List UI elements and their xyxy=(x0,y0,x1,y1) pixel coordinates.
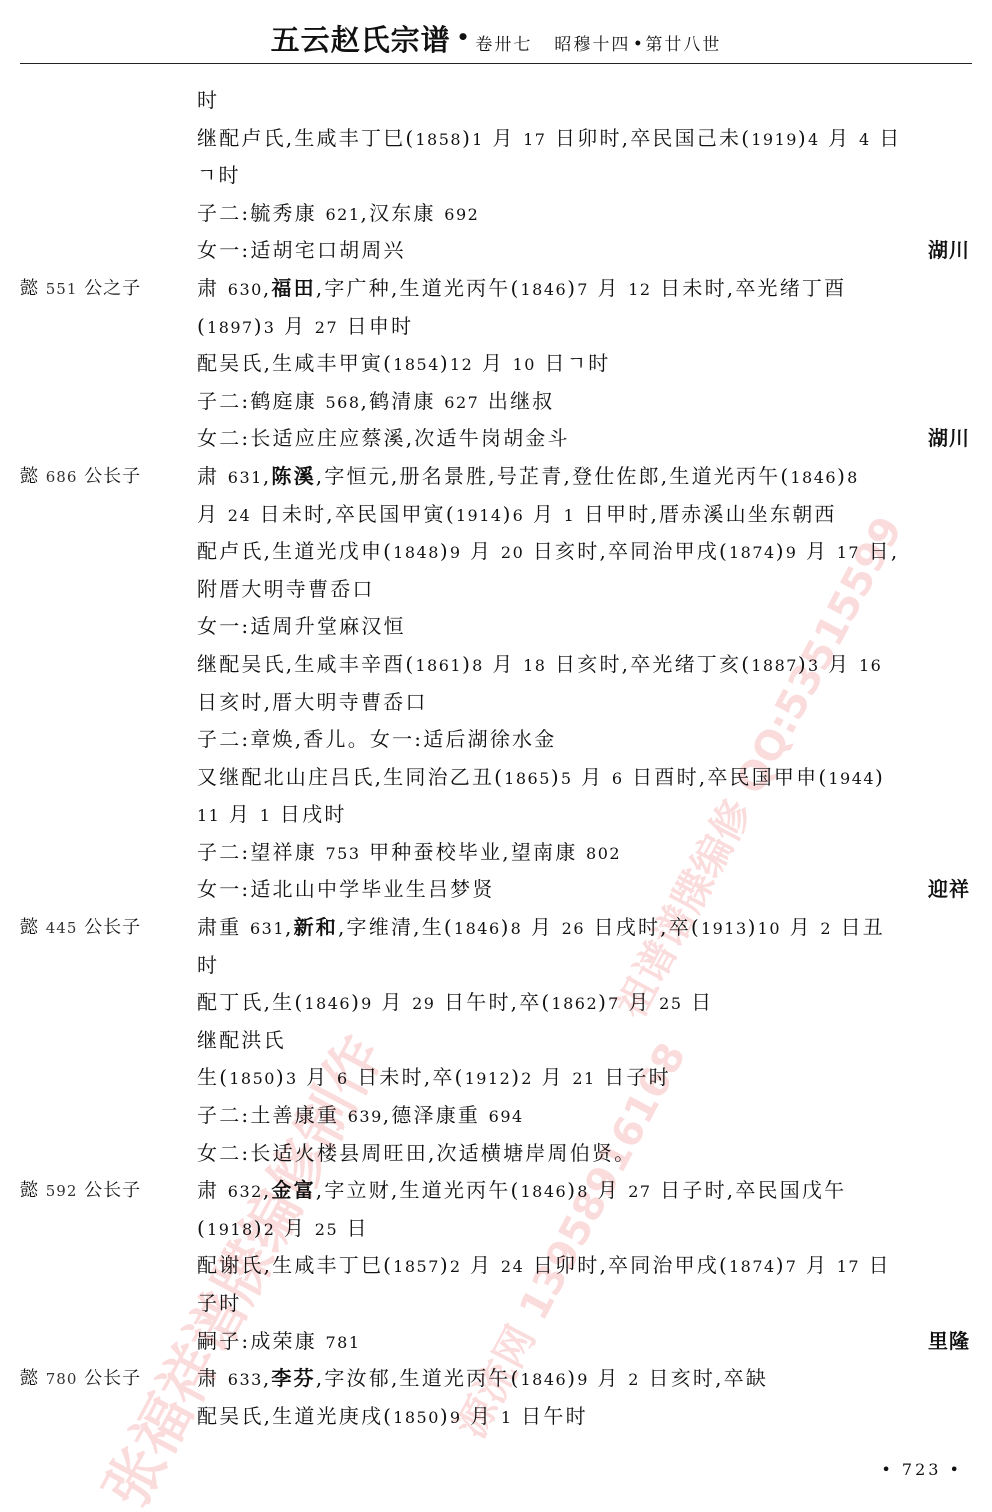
text-segment: 日亥时,卒缺 xyxy=(640,1366,768,1390)
entry-text: 子二:鹤庭康 568,鹤清康 627 出继叔 xyxy=(197,383,554,422)
numeral: 27 xyxy=(628,1182,651,1201)
numeral: 25 xyxy=(659,994,682,1013)
text-segment: 月 xyxy=(573,765,612,789)
volume-label: 卷卅七 xyxy=(475,35,532,55)
record-line: 继配吴氏,生咸丰辛酉(1861)8 月 18 日亥时,卒光绪丁亥(1887)3 … xyxy=(0,646,992,684)
text-segment: ) xyxy=(254,1216,264,1240)
village-label: 迎祥 xyxy=(928,871,970,909)
record-line: 女一:适周升堂麻汉恒 xyxy=(0,608,992,646)
numeral: 1 xyxy=(260,806,272,825)
parent-number: 592 xyxy=(46,1182,78,1200)
numeral: 1862 xyxy=(551,994,598,1013)
text-segment: 日未时,卒民国甲寅( xyxy=(251,502,456,526)
numeral: 630 xyxy=(228,280,263,299)
numeral: 12 xyxy=(628,280,651,299)
text-segment: ,汉东康 xyxy=(361,201,445,225)
text-segment: 月 xyxy=(220,802,259,826)
numeral: 9 xyxy=(450,1408,462,1427)
entry-text: 子二:土善康重 639,德泽康重 694 xyxy=(197,1097,524,1136)
text-segment: ) xyxy=(798,652,808,676)
numeral: 1874 xyxy=(729,543,776,562)
text-segment: 日午时 xyxy=(513,1404,588,1428)
text-segment: 月 xyxy=(797,1253,836,1277)
text-segment: 甲种蚕校毕业,望南康 xyxy=(361,840,586,864)
text-segment: 月 xyxy=(462,1404,501,1428)
entry-text: 肃 632,金富,字立财,生道光丙午(1846)8 月 27 日子时,卒民国戊午 xyxy=(197,1172,846,1211)
text-segment: 日酉时,卒民国甲申( xyxy=(624,765,829,789)
parent-reference: 懿 780 公长子 xyxy=(20,1360,141,1399)
text-segment: 月 xyxy=(522,915,561,939)
entry-text: 女二:长适应庄应蔡溪,次适牛岗胡金斗 xyxy=(197,420,570,458)
record-line: 配卢氏,生道光戊申(1848)9 月 20 日亥时,卒同治甲戌(1874)9 月… xyxy=(0,533,992,571)
text-segment: 日 xyxy=(338,1216,369,1240)
text-segment: ) xyxy=(503,502,513,526)
numeral: 1846 xyxy=(790,468,837,487)
entry-text: 月 24 日未时,卒民国甲寅(1914)6 月 1 日甲时,厝赤溪山坐东朝西 xyxy=(197,496,837,535)
entry-text: 配吴氏,生咸丰甲寅(1854)12 月 10 日ㄱ时 xyxy=(197,345,610,384)
record-line: 子二:章焕,香儿。女一:适后湖徐水金 xyxy=(0,721,992,759)
person-name: 福田 xyxy=(271,276,315,300)
entry-text: 女一:适北山中学毕业生吕梦贤 xyxy=(197,871,495,909)
text-segment: 月 xyxy=(462,539,501,563)
text-segment: 又继配北山庄吕氏,生同治乙丑( xyxy=(197,765,504,789)
numeral: 3 xyxy=(286,1069,298,1088)
text-segment: 日戌时,卒( xyxy=(585,915,701,939)
entry-text: (1897)3 月 27 日申时 xyxy=(197,308,413,347)
entry-text: 生(1850)3 月 6 日未时,卒(1912)2 月 21 日子时 xyxy=(197,1059,671,1098)
numeral: 3 xyxy=(808,656,820,675)
record-line: 11 月 1 日戌时 xyxy=(0,796,992,834)
text-segment: 日子时 xyxy=(596,1065,671,1089)
numeral: 1850 xyxy=(393,1408,440,1427)
entry-text: 肃 631,陈溪,字恒元,册名景胜,号芷青,登仕佐郎,生道光丙午(1846)8 xyxy=(197,458,859,497)
numeral: 9 xyxy=(361,994,373,1013)
text-segment: 肃重 xyxy=(197,915,250,939)
numeral: 9 xyxy=(577,1370,589,1389)
numeral: 621 xyxy=(326,205,361,224)
text-segment: ) xyxy=(276,1065,286,1089)
record-line: 继配卢氏,生咸丰丁巳(1858)1 月 17 日卯时,卒民国己未(1919)4 … xyxy=(0,120,992,158)
text-segment: ) xyxy=(440,539,450,563)
record-line: 配丁氏,生(1846)9 月 29 日午时,卒(1862)7 月 25 日 xyxy=(0,984,992,1022)
numeral: 25 xyxy=(315,1220,338,1239)
entry-text: (1918)2 月 25 日 xyxy=(197,1210,369,1249)
text-segment: ) xyxy=(567,1178,577,1202)
text-segment: 月 xyxy=(484,652,523,676)
numeral: 1846 xyxy=(521,1370,568,1389)
numeral: 29 xyxy=(412,994,435,1013)
text-segment: ) xyxy=(748,915,758,939)
numeral: 20 xyxy=(501,543,524,562)
text-segment: 日卯时,卒民国己未( xyxy=(546,126,751,150)
numeral: 7 xyxy=(608,994,620,1013)
parent-reference: 懿 551 公之子 xyxy=(20,270,141,309)
numeral: 17 xyxy=(837,1257,860,1276)
numeral: 692 xyxy=(444,205,479,224)
text-segment: 配卢氏,生道光戊申( xyxy=(197,539,393,563)
text-segment: 月 xyxy=(781,915,820,939)
text-segment: ) xyxy=(501,915,511,939)
record-line: 配谢氏,生咸丰丁巳(1857)2 月 24 日卯时,卒同治甲戌(1874)7 月… xyxy=(0,1247,992,1285)
numeral: 2 xyxy=(521,1069,533,1088)
numeral: 639 xyxy=(348,1107,383,1126)
entry-text: 11 月 1 日戌时 xyxy=(197,796,347,835)
header-separator-dot: • xyxy=(457,25,470,49)
entry-text: 子二:章焕,香儿。女一:适后湖徐水金 xyxy=(197,721,556,759)
numeral: 17 xyxy=(523,130,546,149)
text-segment: ) xyxy=(511,1065,521,1089)
text-segment: 日未时,卒光绪丁酉 xyxy=(652,276,847,300)
text-segment: 女二:长适应庄应蔡溪,次适牛岗胡金斗 xyxy=(197,426,570,450)
entry-text: 子二:毓秀康 621,汉东康 692 xyxy=(197,195,479,234)
numeral: 11 xyxy=(197,806,220,825)
section-label: 昭穆十四 xyxy=(554,35,630,55)
numeral: 1846 xyxy=(521,280,568,299)
parent-relation: 公之子 xyxy=(84,278,141,299)
numeral: 24 xyxy=(228,506,251,525)
person-name: 陈溪 xyxy=(271,464,315,488)
numeral: 5 xyxy=(561,769,573,788)
person-name: 新和 xyxy=(294,915,338,939)
text-segment: ) xyxy=(440,1404,450,1428)
numeral: 8 xyxy=(472,656,484,675)
text-segment: 日亥时,厝大明寺曹岙口 xyxy=(197,690,428,714)
numeral: 1874 xyxy=(729,1257,776,1276)
text-segment: 子二:望祥康 xyxy=(197,840,326,864)
record-line: 子二:毓秀康 621,汉东康 692 xyxy=(0,195,992,233)
numeral: 6 xyxy=(513,506,525,525)
text-segment: 月 xyxy=(820,126,859,150)
text-segment: 日ㄱ时 xyxy=(536,351,610,375)
numeral: 631 xyxy=(228,468,263,487)
text-segment: ) xyxy=(254,314,264,338)
text-segment: ) xyxy=(567,1366,577,1390)
numeral: 1 xyxy=(472,130,484,149)
text-segment: 月 xyxy=(275,1216,314,1240)
text-segment: ,字广种,生道光丙午( xyxy=(316,276,521,300)
numeral: 753 xyxy=(326,844,361,863)
text-segment: 月 xyxy=(533,1065,572,1089)
numeral: 18 xyxy=(523,656,546,675)
numeral: 781 xyxy=(326,1333,361,1352)
text-segment: 日午时,卒( xyxy=(435,990,551,1014)
entry-text: 日亥时,厝大明寺曹岙口 xyxy=(197,684,428,722)
entry-text: 子时 xyxy=(197,1285,241,1323)
text-segment: 月 xyxy=(620,990,659,1014)
numeral: 10 xyxy=(513,355,536,374)
book-title: 五云赵氏宗谱 xyxy=(271,23,451,57)
text-segment: ( xyxy=(197,1216,207,1240)
entry-text: 嗣子:成荣康 781 xyxy=(197,1323,361,1362)
text-segment: 月 xyxy=(524,502,563,526)
text-segment: 子二:毓秀康 xyxy=(197,201,326,225)
record-line: 配吴氏,生道光庚戌(1850)9 月 1 日午时 xyxy=(0,1398,992,1436)
numeral: 1846 xyxy=(454,919,501,938)
parent-name: 懿 xyxy=(20,917,39,938)
text-segment: ,字立财,生道光丙午( xyxy=(316,1178,521,1202)
text-segment: ) xyxy=(440,351,450,375)
text-segment: 出继叔 xyxy=(479,389,554,413)
text-segment: 日子时,卒民国戊午 xyxy=(652,1178,847,1202)
parent-reference: 懿 445 公长子 xyxy=(20,909,141,948)
numeral: 1887 xyxy=(751,656,798,675)
text-segment: ) xyxy=(776,539,786,563)
text-segment: 日 xyxy=(683,990,714,1014)
text-segment: 肃 xyxy=(197,464,228,488)
text-segment: ) xyxy=(776,1253,786,1277)
numeral: 631 xyxy=(250,919,285,938)
numeral: 7 xyxy=(786,1257,798,1276)
text-segment: ) xyxy=(551,765,561,789)
parent-reference: 懿 686 公长子 xyxy=(20,458,141,497)
text-segment: 生( xyxy=(197,1065,229,1089)
parent-number: 780 xyxy=(46,1370,78,1388)
entry-text: 又继配北山庄吕氏,生同治乙丑(1865)5 月 6 日酉时,卒民国甲申(1944… xyxy=(197,759,885,798)
text-segment: 嗣子:成荣康 xyxy=(197,1329,326,1353)
text-segment: 肃 xyxy=(197,1366,228,1390)
page-number: • 723 • xyxy=(881,1460,962,1479)
numeral: 2 xyxy=(450,1257,462,1276)
header-rule xyxy=(20,63,972,64)
text-segment: 肃 xyxy=(197,1178,228,1202)
header-separator-dot: • xyxy=(633,36,642,52)
text-segment: 子二:章焕,香儿。女一:适后湖徐水金 xyxy=(197,727,556,751)
text-segment: ) xyxy=(462,126,472,150)
text-segment: 配谢氏,生咸丰丁巳( xyxy=(197,1253,393,1277)
text-segment: 日卯时,卒同治甲戌( xyxy=(524,1253,729,1277)
entry-text: 配谢氏,生咸丰丁巳(1857)2 月 24 日卯时,卒同治甲戌(1874)7 月… xyxy=(197,1247,891,1286)
numeral: 2 xyxy=(628,1370,640,1389)
entry-text: 肃 630,福田,字广种,生道光丙午(1846)7 月 12 日未时,卒光绪丁酉 xyxy=(197,270,846,309)
text-segment: 继配洪氏 xyxy=(197,1028,286,1052)
record-line: 子二:土善康重 639,德泽康重 694 xyxy=(0,1097,992,1135)
record-line: 又继配北山庄吕氏,生同治乙丑(1865)5 月 6 日酉时,卒民国甲申(1944… xyxy=(0,759,992,797)
parent-relation: 公长子 xyxy=(84,1180,141,1201)
text-segment: ) xyxy=(351,990,361,1014)
text-segment: , xyxy=(285,915,294,939)
numeral: 633 xyxy=(228,1370,263,1389)
record-start-line: 懿 445 公长子肃重 631,新和,字维清,生(1846)8 月 26 日戌时… xyxy=(0,909,992,947)
numeral: 1846 xyxy=(304,994,351,1013)
text-segment: 月 xyxy=(589,276,628,300)
record-line: ㄱ时 xyxy=(0,157,992,195)
text-segment: 日, xyxy=(860,539,899,563)
numeral: 1865 xyxy=(504,769,551,788)
numeral: 802 xyxy=(586,844,621,863)
text-segment: ) xyxy=(837,464,847,488)
text-segment: 月 xyxy=(797,539,836,563)
village-label: 湖川 xyxy=(928,232,970,270)
text-segment: ㄱ时 xyxy=(197,163,241,187)
numeral: 24 xyxy=(501,1257,524,1276)
parent-relation: 公长子 xyxy=(84,466,141,487)
text-segment: 日甲时,厝赤溪山坐东朝西 xyxy=(575,502,836,526)
numeral: 1850 xyxy=(229,1069,276,1088)
record-start-line: 懿 686 公长子肃 631,陈溪,字恒元,册名景胜,号芷青,登仕佐郎,生道光丙… xyxy=(0,458,992,496)
numeral: 1914 xyxy=(456,506,503,525)
record-line: 子时 xyxy=(0,1285,992,1323)
parent-number: 551 xyxy=(46,280,78,298)
numeral: 6 xyxy=(612,769,624,788)
record-line: 子二:望祥康 753 甲种蚕校毕业,望南康 802 xyxy=(0,834,992,872)
text-segment: 月 xyxy=(473,351,512,375)
numeral: 8 xyxy=(847,468,859,487)
numeral: 1912 xyxy=(465,1069,512,1088)
parent-name: 懿 xyxy=(20,278,39,299)
record-line: 配吴氏,生咸丰甲寅(1854)12 月 10 日ㄱ时 xyxy=(0,345,992,383)
entry-text: 女二:长适火楼县周旺田,次适横塘岸周伯贤。 xyxy=(197,1135,636,1173)
village-label: 湖川 xyxy=(928,420,970,458)
text-segment: 女一:适胡宅口胡周兴 xyxy=(197,238,406,262)
numeral: 627 xyxy=(444,393,479,412)
numeral: 10 xyxy=(758,919,781,938)
numeral: 1846 xyxy=(521,1182,568,1201)
text-segment: 女一:适北山中学毕业生吕梦贤 xyxy=(197,877,495,901)
text-segment: 附厝大明寺曹岙口 xyxy=(197,577,375,601)
parent-number: 686 xyxy=(46,468,78,486)
text-segment: 子时 xyxy=(197,1291,241,1315)
text-segment: 月 xyxy=(484,126,523,150)
numeral: 6 xyxy=(337,1069,349,1088)
numeral: 2 xyxy=(820,919,832,938)
text-segment: 时 xyxy=(197,88,219,112)
text-segment: ) xyxy=(567,276,577,300)
text-segment: ,德泽康重 xyxy=(383,1103,489,1127)
text-segment: 月 xyxy=(298,1065,337,1089)
text-segment: 时 xyxy=(197,953,219,977)
genealogy-body: 时继配卢氏,生咸丰丁巳(1858)1 月 17 日卯时,卒民国己未(1919)4… xyxy=(0,82,992,1435)
numeral: 1913 xyxy=(701,919,748,938)
record-line: 日亥时,厝大明寺曹岙口 xyxy=(0,684,992,722)
numeral: 568 xyxy=(326,393,361,412)
numeral: 694 xyxy=(489,1107,524,1126)
record-line: 继配洪氏 xyxy=(0,1022,992,1060)
text-segment: 月 xyxy=(589,1366,628,1390)
entry-text: 时 xyxy=(197,82,219,120)
text-segment: 月 xyxy=(462,1253,501,1277)
generation-label: 第廿八世 xyxy=(645,35,721,55)
entry-text: 女一:适周升堂麻汉恒 xyxy=(197,608,406,646)
numeral: 4 xyxy=(808,130,820,149)
numeral: 17 xyxy=(837,543,860,562)
entry-text: 时 xyxy=(197,947,219,985)
text-segment: 日申时 xyxy=(338,314,413,338)
numeral: 8 xyxy=(577,1182,589,1201)
text-segment: ) xyxy=(798,126,808,150)
text-segment: ) xyxy=(875,765,885,789)
text-segment: ,字维清,生( xyxy=(338,915,454,939)
text-segment: 配吴氏,生咸丰甲寅( xyxy=(197,351,393,375)
entry-text: 配吴氏,生道光庚戌(1850)9 月 1 日午时 xyxy=(197,1398,588,1437)
text-segment: 日 xyxy=(871,126,902,150)
text-segment: 子二:鹤庭康 xyxy=(197,389,326,413)
text-segment: 月 xyxy=(589,1178,628,1202)
numeral: 7 xyxy=(577,280,589,299)
entry-text: 肃重 631,新和,字维清,生(1846)8 月 26 日戌时,卒(1913)1… xyxy=(197,909,885,948)
numeral: 27 xyxy=(315,318,338,337)
text-segment: 女二:长适火楼县周旺田,次适横塘岸周伯贤。 xyxy=(197,1141,636,1165)
numeral: 1848 xyxy=(393,543,440,562)
numeral: 1 xyxy=(564,506,576,525)
numeral: 1857 xyxy=(393,1257,440,1276)
numeral: 16 xyxy=(859,656,882,675)
entry-text: 配丁氏,生(1846)9 月 29 日午时,卒(1862)7 月 25 日 xyxy=(197,984,713,1023)
numeral: 9 xyxy=(786,543,798,562)
numeral: 632 xyxy=(228,1182,263,1201)
numeral: 12 xyxy=(450,355,473,374)
entry-text: ㄱ时 xyxy=(197,157,241,195)
parent-relation: 公长子 xyxy=(84,1368,141,1389)
text-segment: ,鹤清康 xyxy=(361,389,445,413)
text-segment: ,字汝郁,生道光丙午( xyxy=(316,1366,521,1390)
village-label: 里隆 xyxy=(928,1323,970,1361)
text-segment: 继配吴氏,生咸丰辛酉( xyxy=(197,652,415,676)
record-start-line: 懿 780 公长子肃 633,李芬,字汝郁,生道光丙午(1846)9 月 2 日… xyxy=(0,1360,992,1398)
record-line: 时 xyxy=(0,82,992,120)
numeral: 8 xyxy=(511,919,523,938)
record-start-line: 懿 592 公长子肃 632,金富,字立财,生道光丙午(1846)8 月 27 … xyxy=(0,1172,992,1210)
numeral: 2 xyxy=(264,1220,276,1239)
numeral: 1861 xyxy=(415,656,462,675)
numeral: 3 xyxy=(264,318,276,337)
numeral: 1919 xyxy=(751,130,798,149)
parent-name: 懿 xyxy=(20,466,39,487)
parent-reference: 懿 592 公长子 xyxy=(20,1172,141,1211)
text-segment: 配丁氏,生( xyxy=(197,990,304,1014)
numeral: 1 xyxy=(501,1408,513,1427)
record-line: 女一:适北山中学毕业生吕梦贤迎祥 xyxy=(0,871,992,909)
person-name: 李芬 xyxy=(271,1366,315,1390)
text-segment: 日戌时 xyxy=(271,802,346,826)
record-line: 女一:适胡宅口胡周兴湖川 xyxy=(0,232,992,270)
entry-text: 继配吴氏,生咸丰辛酉(1861)8 月 18 日亥时,卒光绪丁亥(1887)3 … xyxy=(197,646,882,685)
entry-text: 附厝大明寺曹岙口 xyxy=(197,571,375,609)
text-segment: 日 xyxy=(860,1253,891,1277)
text-segment: 女一:适周升堂麻汉恒 xyxy=(197,614,406,638)
text-segment: 月 xyxy=(820,652,859,676)
text-segment: 配吴氏,生道光庚戌( xyxy=(197,1404,393,1428)
text-segment: 日亥时,卒同治甲戌( xyxy=(524,539,729,563)
parent-number: 445 xyxy=(46,919,78,937)
entry-text: 肃 633,李芬,字汝郁,生道光丙午(1846)9 月 2 日亥时,卒缺 xyxy=(197,1360,768,1399)
numeral: 1858 xyxy=(415,130,462,149)
record-line: 月 24 日未时,卒民国甲寅(1914)6 月 1 日甲时,厝赤溪山坐东朝西 xyxy=(0,496,992,534)
text-segment: ) xyxy=(462,652,472,676)
text-segment: 月 xyxy=(275,314,314,338)
text-segment: 月 xyxy=(373,990,412,1014)
numeral: 9 xyxy=(450,543,462,562)
text-segment: ) xyxy=(440,1253,450,1277)
text-segment: 肃 xyxy=(197,276,228,300)
numeral: 21 xyxy=(572,1069,595,1088)
record-line: 附厝大明寺曹岙口 xyxy=(0,571,992,609)
text-segment: ) xyxy=(598,990,608,1014)
text-segment: ,字恒元,册名景胜,号芷青,登仕佐郎,生道光丙午( xyxy=(316,464,791,488)
record-line: 女二:长适火楼县周旺田,次适横塘岸周伯贤。 xyxy=(0,1135,992,1173)
entry-text: 子二:望祥康 753 甲种蚕校毕业,望南康 802 xyxy=(197,834,621,873)
numeral: 1944 xyxy=(828,769,875,788)
record-line: 生(1850)3 月 6 日未时,卒(1912)2 月 21 日子时 xyxy=(0,1059,992,1097)
record-line: (1918)2 月 25 日 xyxy=(0,1210,992,1248)
running-header: 五云赵氏宗谱•卷卅七昭穆十四•第廿八世 xyxy=(0,18,992,62)
numeral: 1918 xyxy=(207,1220,254,1239)
entry-text: 继配洪氏 xyxy=(197,1022,286,1060)
numeral: 1854 xyxy=(393,355,440,374)
record-line: 女二:长适应庄应蔡溪,次适牛岗胡金斗湖川 xyxy=(0,420,992,458)
entry-text: 配卢氏,生道光戊申(1848)9 月 20 日亥时,卒同治甲戌(1874)9 月… xyxy=(197,533,899,572)
text-segment: 子二:土善康重 xyxy=(197,1103,348,1127)
text-segment: 日丑 xyxy=(832,915,885,939)
